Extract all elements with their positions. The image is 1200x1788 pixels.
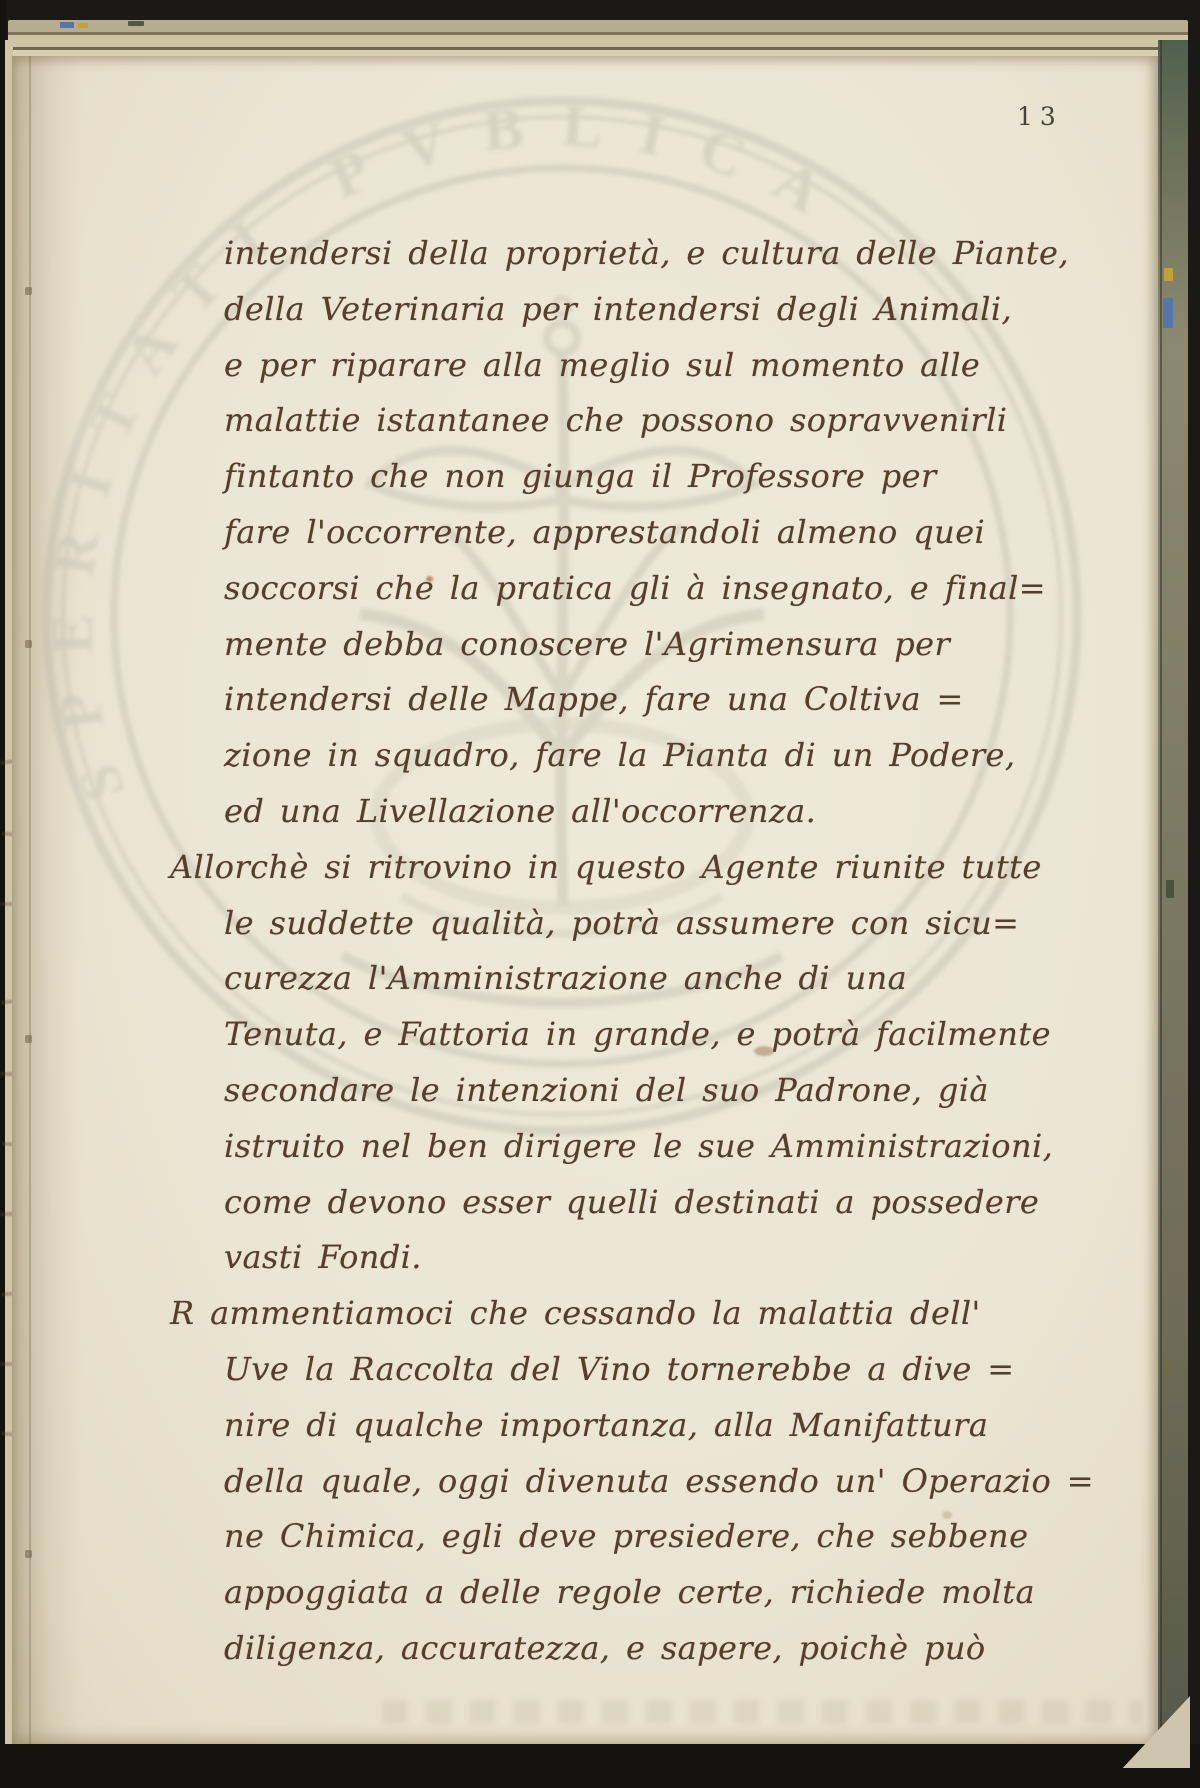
scan-bottom-border [0,1744,1200,1788]
manuscript-line: intendersi della proprietà, e cultura de… [224,233,1069,273]
manuscript-line: vasti Fondi. [224,1237,422,1277]
edge-speck-green [1166,880,1174,898]
manuscript-line: Tenuta, e Fattoria in grande, e potrà fa… [224,1014,1051,1054]
manuscript-line: soccorsi che la pratica gli à insegnato,… [224,568,1046,608]
manuscript-line: diligenza, accuratezza, e sapere, poichè… [224,1628,986,1668]
ink-smudge [754,1046,774,1056]
manuscript-line: secondare le intenzioni del suo Padrone,… [224,1070,989,1110]
edge-speck-yellow [78,23,88,28]
edge-speck-green [128,21,144,26]
manuscript-line: fare l'occorrente, apprestandoli almeno … [224,512,985,552]
manuscript-page: SPERITATI PVBLICA 13 intendersi della pr… [12,56,1158,1746]
binding-stitch [25,287,32,295]
scan-right-border [1188,0,1200,1788]
manuscript-line: zione in squadro, fare la Pianta di un P… [224,735,1015,775]
edge-speck-olive [1164,1360,1173,1376]
gutter-shadow [12,56,82,1746]
binding-seam [29,56,31,1746]
edge-speck-blue [60,22,74,28]
manuscript-line: Uve la Raccolta del Vino tornerebbe a di… [224,1349,1015,1389]
manuscript-line: fintanto che non giunga il Professore pe… [224,456,937,496]
manuscript-line: e per riparare alla meglio sul momento a… [224,345,980,385]
manuscript-line: curezza l'Amministrazione anche di una [224,958,907,998]
edge-speck-yellow [1164,268,1173,281]
manuscript-line: come devono esser quelli destinati a pos… [224,1182,1039,1222]
manuscript-text: intendersi della proprietà, e cultura de… [12,56,1158,1746]
binding-stitch [25,1550,32,1558]
page-stack-edges [8,20,1188,60]
manuscript-line: istruito nel ben dirigere le sue Amminis… [224,1126,1053,1166]
edge-speck-blue [1163,298,1173,328]
manuscript-line: R ammentiamoci che cessando la malattia … [170,1293,981,1333]
binding-stitch [25,640,32,648]
manuscript-line: ed una Livellazione all'occorrenza. [224,791,816,831]
manuscript-line: ne Chimica, egli deve presiedere, che se… [224,1516,1028,1556]
show-through-band [382,1700,1142,1724]
manuscript-line: mente debba conoscere l'Agrimensura per [224,624,950,664]
manuscript-line: Allorchè si ritrovino in questo Agente r… [170,847,1042,887]
fore-edge-line [1160,40,1162,1750]
manuscript-line: della Veterinaria per intendersi degli A… [224,289,1012,329]
binding-stitch [25,1035,32,1043]
book-scan: SPERITATI PVBLICA 13 intendersi della pr… [0,0,1200,1788]
manuscript-line: malattie istantanee che possono sopravve… [224,400,1007,440]
manuscript-line: appoggiata a delle regole certe, richied… [224,1572,1035,1612]
foxing-spot [942,1511,952,1519]
manuscript-line: le suddette qualità, potrà assumere con … [224,903,1019,943]
manuscript-line: nire di qualche importanza, alla Manifat… [224,1405,988,1445]
book-fore-edge [1158,40,1190,1750]
manuscript-line: della quale, oggi divenuta essendo un' O… [224,1461,1094,1501]
ink-spot [426,576,433,582]
manuscript-line: intendersi delle Mappe, fare una Coltiva… [224,679,964,719]
